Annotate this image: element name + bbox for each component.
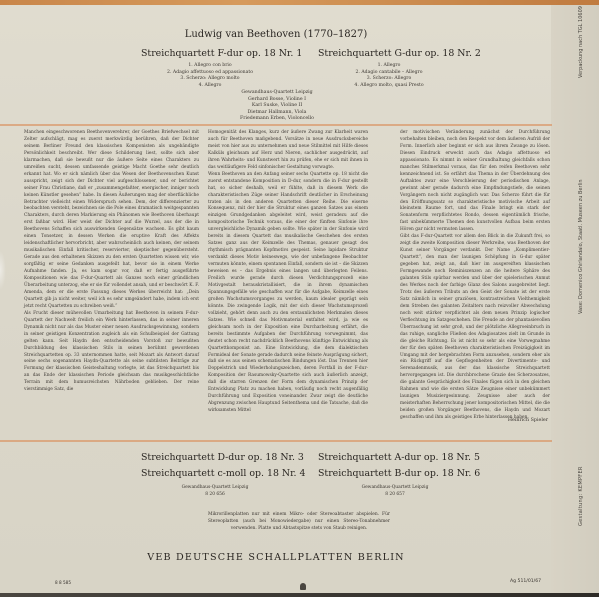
other-work-title: Streichquartett D-dur op. 18 Nr. 3 [141,452,304,463]
other-work-title: Streichquartett B-dur op. 18 Nr. 6 [318,468,480,479]
other-work-title: Streichquartett A-dur op. 18 Nr. 5 [318,452,480,463]
essay-paragraph: Als Frucht dieser mühevollen Umarbeitung… [24,311,199,394]
release-catalog-number: 8 20 656 [150,492,280,499]
ensemble-credits: Gewandhaus-Quartett Leipzig Gerhard Boss… [200,90,354,123]
movement-item: 1. Allegro con brio [140,63,280,70]
movement-item: 4. Allegro molto, quasi Presto [318,83,460,90]
catalog-code-left: 8 8 585 [55,580,71,585]
essay-paragraph: der motivischen Veränderung zunächst der… [400,130,550,234]
essay-paragraph: Homogenität des Klanges, kurz der äußere… [208,130,368,172]
essay-paragraph: Wenn Beethoven an den Anfang seiner sech… [208,172,368,415]
release-info-left: Gewandhaus-Quartett Leipzig 8 20 656 [150,485,280,498]
work-title-op18-1: Streichquartett F-dur op. 18 Nr. 1 [141,48,302,59]
section-divider-bottom [0,440,552,442]
label-logo-icon [300,583,306,590]
other-work-title: Streichquartett c-moll op. 18 Nr. 4 [141,468,305,479]
bottom-edge-band [0,593,599,597]
print-code-right: Ag 511/01/67 [510,579,541,584]
margin-credit-packaging: Verpackung nach TGL 10609 [578,6,584,78]
record-sleeve-back: Verpackung nach TGL 10609 Vase: Domenico… [0,0,599,597]
margin-credit-cover-art: Vase: Domenico Ghirlandaio, Staatl. Muse… [578,179,584,314]
ensemble-member: Friedemann Erben, Violoncello [200,116,354,123]
essay-author: Heinrich Spieler [470,418,548,423]
release-info-right: Gewandhaus-Quartett Leipzig 8 20 657 [330,485,460,498]
movement-list-op18-1: 1. Allegro con brio 2. Adagio affettuoso… [140,63,280,89]
movement-item: 3. Scherzo: Allegro [318,76,460,83]
wear-mark [0,250,6,290]
margin-credit-design: Gestaltung: KEMPFER [578,466,584,526]
top-edge-band [0,0,599,5]
composer-heading: Ludwig van Beethoven (1770–1827) [0,29,552,40]
playback-notice: Mikrorillenplatten nur mit einem Mikro- … [208,512,390,532]
essay-paragraph: Gibt das F-dur-Quartett vor allem den Bl… [400,234,550,422]
essay-column-2: Homogenität des Klanges, kurz der äußere… [208,130,368,415]
record-label-name: VEB DEUTSCHE SCHALLPLATTEN BERLIN [0,552,552,563]
movement-item: 1. Allegro [318,63,460,70]
release-ensemble: Gewandhaus-Quartett Leipzig [330,485,460,492]
essay-paragraph: Manchen eingeschworenen Beethovenverehre… [24,130,199,311]
right-margin-strip [551,5,599,593]
work-title-op18-2: Streichquartett G-dur op. 18 Nr. 2 [318,48,481,59]
movement-item: 3. Scherzo: Allegro molto [140,76,280,83]
movement-item: 4. Allegro [140,83,280,90]
section-divider-top [0,124,552,126]
essay-column-1: Manchen eingeschworenen Beethovenverehre… [24,130,199,394]
essay-column-3: der motivischen Veränderung zunächst der… [400,130,550,422]
release-ensemble: Gewandhaus-Quartett Leipzig [150,485,280,492]
release-catalog-number: 8 20 657 [330,492,460,499]
movement-list-op18-2: 1. Allegro 2. Adagio cantabile – Allegro… [318,63,460,89]
